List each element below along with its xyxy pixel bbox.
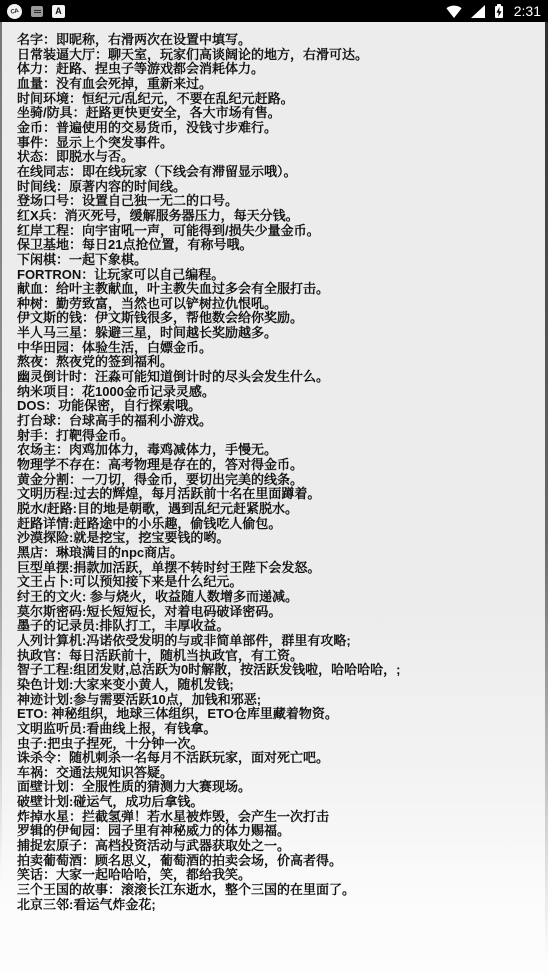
glossary-line: 巨型单摆:捐款加活跃，单摆不转时纣王陛下会发怒。	[17, 561, 540, 576]
glossary-line: 莫尔斯密码:短长短短长，对着电码破译密码。	[17, 605, 540, 620]
glossary-line: 半人马三星：躲避三星，时间越长奖励越多。	[17, 326, 540, 341]
glossary-line: 名字：即昵称，右滑两次在设置中填写。	[17, 33, 540, 48]
glossary-line: 赶路详情:赶路途中的小乐趣，偷钱吃人偷包。	[17, 517, 540, 532]
glossary-line: 射手：打靶得金币。	[17, 429, 540, 444]
glossary-line: 虫子:把虫子捏死，十分钟一次。	[17, 737, 540, 752]
glossary-line: 坐骑/防具：赶路更快更安全，各大市场有售。	[17, 106, 540, 121]
glossary-line: 熬夜：熬夜党的签到福利。	[17, 355, 540, 370]
glossary-line: 幽灵倒计时：汪淼可能知道倒计时的尽头会发生什么。	[17, 370, 540, 385]
glossary-line: 日常装逼大厅：聊天室，玩家们高谈阔论的地方，右滑可达。	[17, 48, 540, 63]
glossary-line: 黄金分割：一刀切，得金币，要切出完美的线条。	[17, 473, 540, 488]
glossary-line: 炸掉水星：拦截氢弹！若水星被炸毁，会产生一次打击	[17, 810, 540, 825]
letter-a-icon: A	[52, 5, 65, 18]
glossary-line: 状态：即脱水与否。	[17, 150, 540, 165]
glossary-line: 诛杀令：随机刺杀一名每月不活跃玩家，面对死亡吧。	[17, 751, 540, 766]
glossary-line: 神迹计划:参与需要活跃10点，加钱和邪恶;	[17, 693, 540, 708]
glossary-line: 时间线：原著内容的时间线。	[17, 180, 540, 195]
glossary-line: 事件：显示上个突发事件。	[17, 136, 540, 151]
wifi-icon	[446, 5, 462, 18]
glossary-line: 纳米项目：花1000金币记录灵感。	[17, 385, 540, 400]
glossary-list[interactable]: 名字：即昵称，右滑两次在设置中填写。日常装逼大厅：聊天室，玩家们高谈阔论的地方，…	[0, 22, 548, 974]
glossary-line: ETO: 神秘组织，地球三体组织，ETO仓库里藏着物资。	[17, 707, 540, 722]
status-bar-clock: 2:31	[514, 3, 541, 19]
glossary-line: 打台球：台球高手的福利小游戏。	[17, 414, 540, 429]
glossary-line: 墨子的记录员:排队打工，丰厚收益。	[17, 619, 540, 634]
glossary-line: 文明监听员:看曲线上报，有钱拿。	[17, 722, 540, 737]
glossary-line: 体力：赶路、捏虫子等游戏都会消耗体力。	[17, 62, 540, 77]
glossary-line: 保卫基地：每日21点抢位置，有称号哦。	[17, 238, 540, 253]
android-screen: CA A 2:31 名字：即昵称，右滑两次在	[0, 0, 548, 974]
glossary-line: 红岸工程：向宇宙吼一声，可能得到/损失少量金币。	[17, 224, 540, 239]
glossary-line: 农场主：肉鸡加体力，毒鸡减体力，手慢无。	[17, 443, 540, 458]
glossary-line: DOS：功能保密，自行探索哦。	[17, 399, 540, 414]
glossary-line: 智子工程:组团发财,总活跃为0时解散，按活跃发钱啦，哈哈哈哈，;	[17, 663, 540, 678]
glossary-line: 染色计划:大家来变小黄人，随机发钱;	[17, 678, 540, 693]
glossary-line: 下闲棋：一起下象棋。	[17, 253, 540, 268]
glossary-line: 献血：给叶主教献血，叶主教失血过多会有全服打击。	[17, 282, 540, 297]
glossary-line: 破壁计划:碰运气，成功后拿钱。	[17, 795, 540, 810]
cellular-signal-icon	[471, 5, 485, 18]
charging-bolt-icon	[496, 7, 502, 17]
glossary-line: 北京三邻:看运气炸金花;	[17, 898, 540, 913]
glossary-line: 登场口号：设置自己独一无二的口号。	[17, 194, 540, 209]
glossary-line: 沙漠探险:就是挖宝，挖宝要钱的哟。	[17, 531, 540, 546]
glossary-line: 人列计算机:冯诺依受发明的与或非简单部件，群里有攻略;	[17, 634, 540, 649]
glossary-line: 血量：没有血会死掉，重新来过。	[17, 77, 540, 92]
glossary-line: 伊文斯的钱：伊文斯钱很多，帮他数会给你奖励。	[17, 311, 540, 326]
glossary-line: 黑店：琳琅满目的npc商店。	[17, 546, 540, 561]
status-bar: CA A 2:31	[0, 0, 548, 22]
glossary-line: 纣王的文火: 参与烧火，收益随人数增多而递减。	[17, 590, 540, 605]
glossary-line: 车祸：交通法规知识答疑。	[17, 766, 540, 781]
status-bar-system-icons: 2:31	[446, 3, 541, 19]
glossary-line: 罗辑的伊甸园：园子里有神秘威力的体力赐福。	[17, 824, 540, 839]
glossary-line: 文明历程:过去的辉煌，每月活跃前十名在里面蹲着。	[17, 487, 540, 502]
glossary-line: 执政官：每日活跃前十，随机当执政官，有工资。	[17, 649, 540, 664]
glossary-line: 文王占卜:可以预知接下来是什么纪元。	[17, 575, 540, 590]
glossary-line: 拍卖葡萄酒：顾名思义，葡萄酒的拍卖会场，价高者得。	[17, 854, 540, 869]
glossary-line: 时间环境：恒纪元/乱纪元，不要在乱纪元赶路。	[17, 92, 540, 107]
glossary-line: 中华田园：体验生活，白嫖金币。	[17, 341, 540, 356]
memory-card-icon	[31, 6, 43, 17]
glossary-line: 种树：勤劳致富，当然也可以铲树拉仇恨吼。	[17, 297, 540, 312]
glossary-line: 红X兵：消灭死号，缓解服务器压力，每天分钱。	[17, 209, 540, 224]
glossary-line: 笑话：大家一起哈哈哈，笑，都给我笑。	[17, 868, 540, 883]
glossary-line: 物理学不存在：高考物理是存在的，答对得金币。	[17, 458, 540, 473]
battery-charging-icon	[495, 4, 503, 18]
glossary-line: 三个王国的故事：滚滚长江东逝水，整个三国的在里面了。	[17, 883, 540, 898]
glossary-line: 脱水/赶路:目的地是朝歌，遇到乱纪元赶紧脱水。	[17, 502, 540, 517]
status-bar-notifications: CA A	[7, 4, 65, 19]
glossary-line: 捕捉宏原子：高档投资活动与武器获取处之一。	[17, 839, 540, 854]
glossary-line: 在线同志：即在线玩家（下线会有滞留显示哦）。	[17, 165, 540, 180]
glossary-line: 面壁计划：全服性质的猜测力大赛现场。	[17, 780, 540, 795]
circular-app-icon: CA	[6, 2, 24, 20]
glossary-line: 金币：普遍使用的交易货币，没钱寸步难行。	[17, 121, 540, 136]
glossary-line: FORTRON：让玩家可以自己编程。	[17, 268, 540, 283]
